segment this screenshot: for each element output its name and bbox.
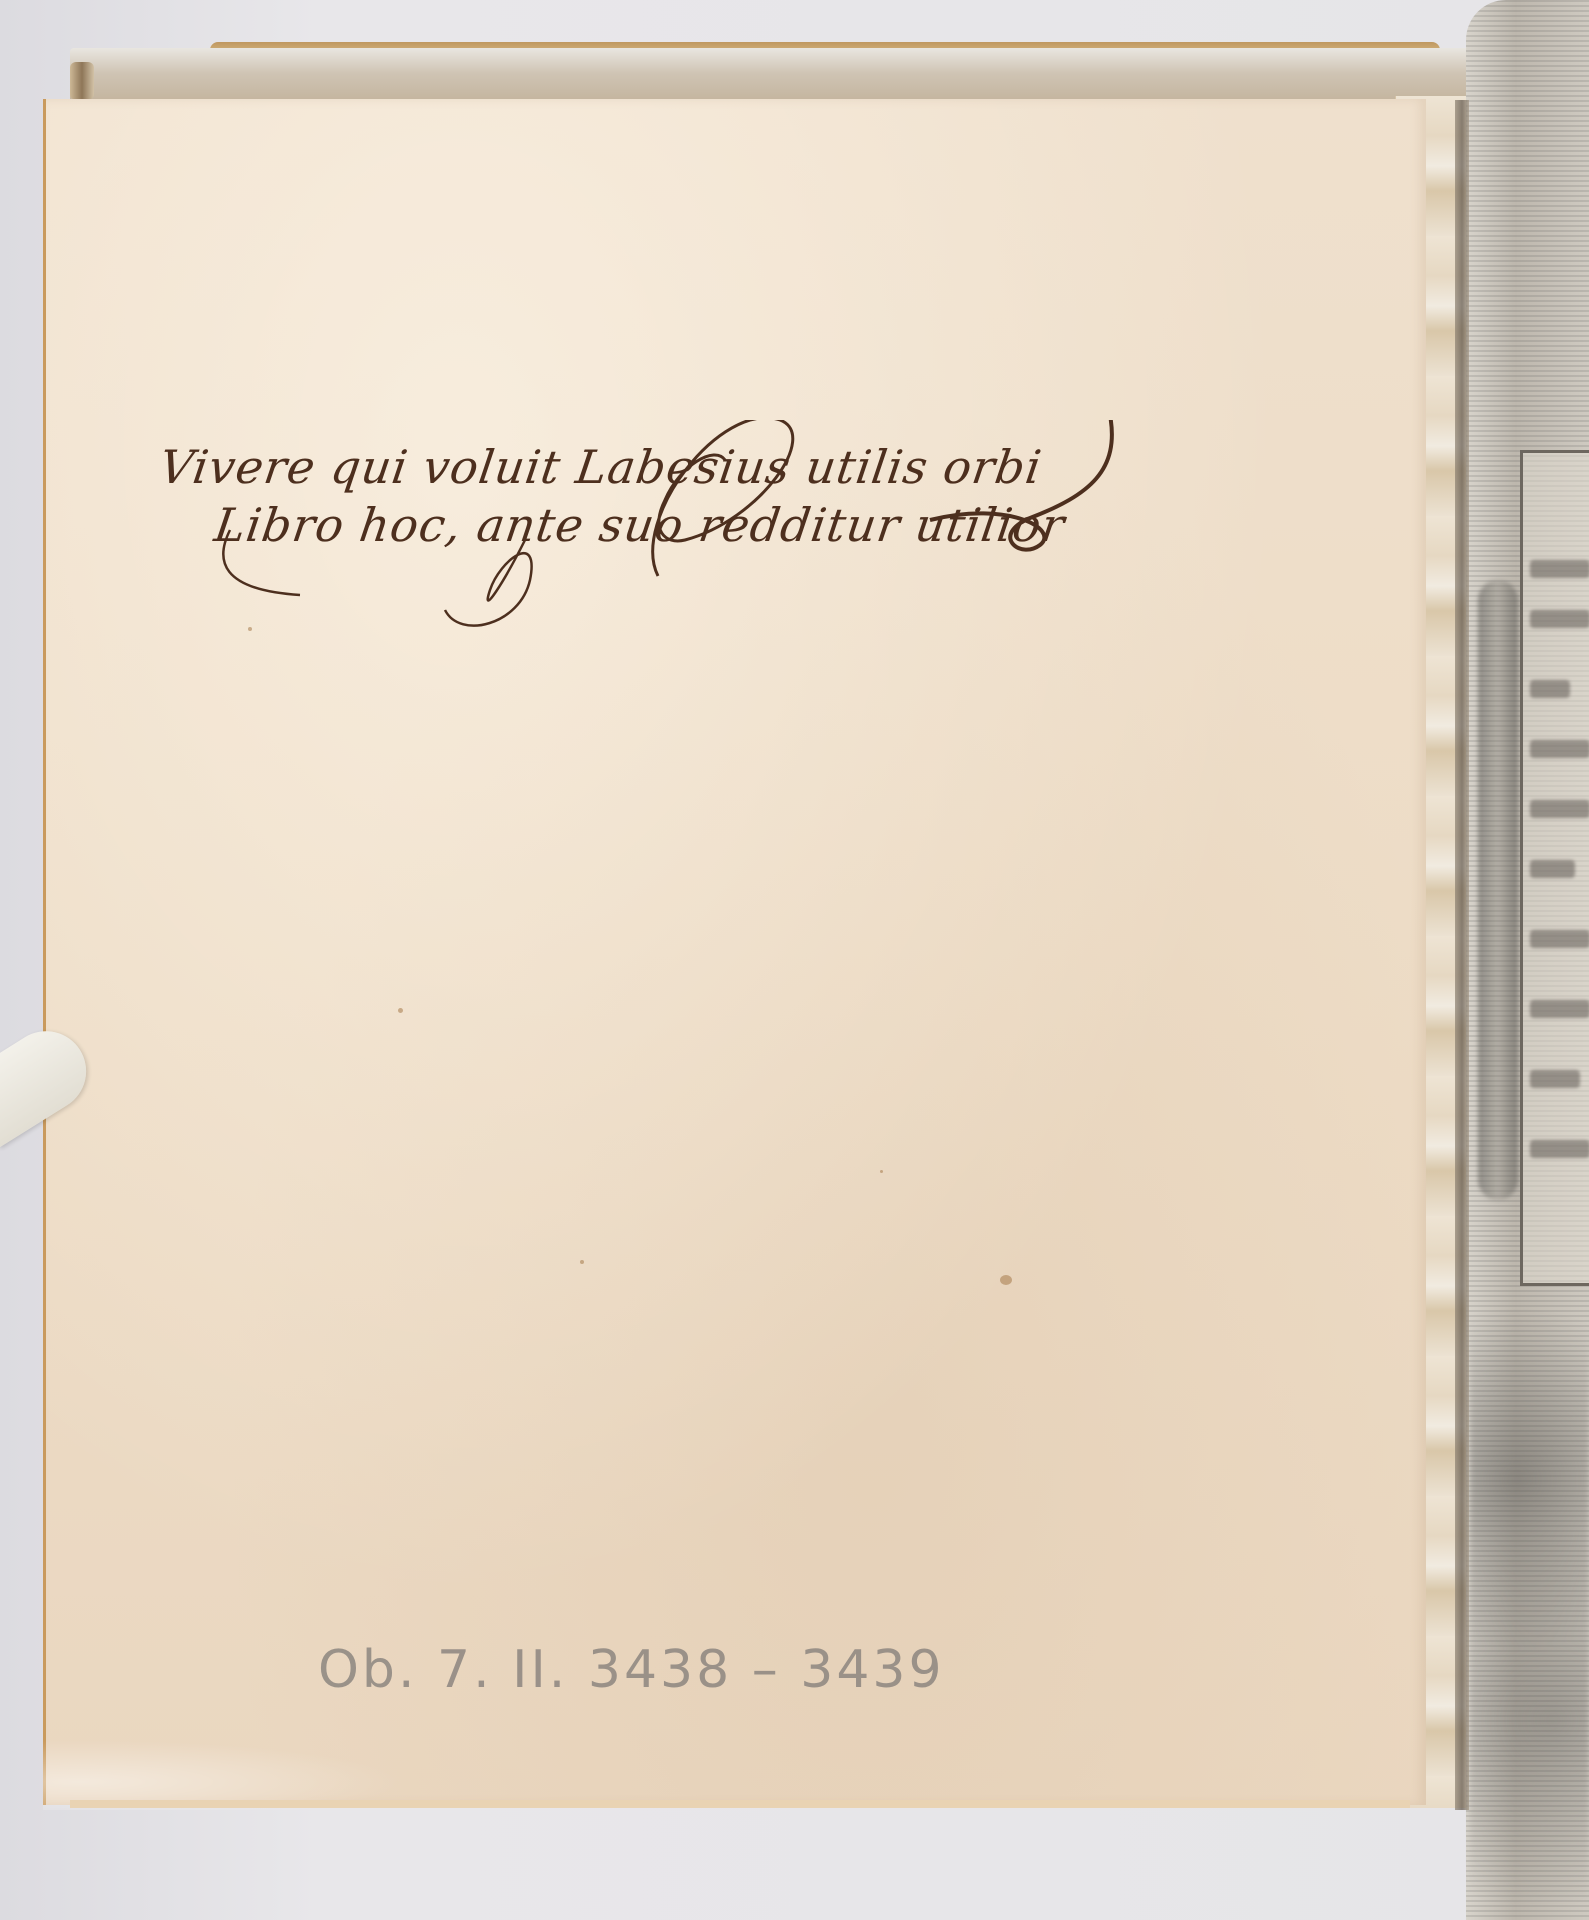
engraved-title-text — [1530, 930, 1589, 948]
inscription-line-2: Libro hoc, ante suo redditur utilior — [211, 498, 1068, 552]
foxing-spot — [1000, 1275, 1012, 1285]
text-block-top-edge — [70, 48, 1480, 104]
engraved-title-text — [1530, 680, 1570, 698]
engraved-title-text — [1530, 740, 1589, 758]
gutter-shadow — [1455, 100, 1469, 1810]
photograph-scene: Vivere qui voluit Labesius utilis orbi L… — [0, 0, 1589, 1920]
binding-thread — [70, 62, 94, 100]
foxing-spot — [580, 1260, 584, 1264]
pencil-shelfmark: Ob. 7. II. 3438 – 3439 — [318, 1640, 945, 1700]
engraved-title-text — [1530, 560, 1589, 578]
flyleaf-page — [43, 99, 1426, 1805]
page-bottom-edge — [70, 1800, 1410, 1808]
engraved-title-text — [1530, 610, 1589, 628]
foxing-spot — [248, 627, 252, 631]
engraved-title-text — [1530, 800, 1589, 818]
engraved-title-text — [1530, 1070, 1580, 1088]
engraved-title-text — [1530, 860, 1575, 878]
engraved-title-text — [1530, 1000, 1589, 1018]
foxing-spot — [398, 1008, 403, 1013]
foxing-spot — [880, 1170, 883, 1173]
inscription-line-1: Vivere qui voluit Labesius utilis orbi — [156, 440, 1045, 494]
engraved-ornament — [1470, 1300, 1589, 1900]
engraved-title-text — [1530, 1140, 1589, 1158]
engraved-figure — [1478, 580, 1518, 1200]
